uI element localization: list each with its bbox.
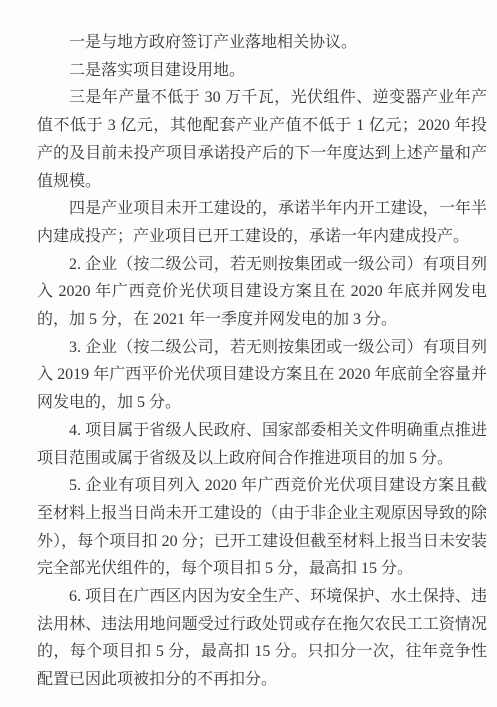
document-paragraph-item-2: 2. 企业（按二级公司，若无则按集团或一级公司）有项目列入 2020 年广西竞价… <box>37 251 487 334</box>
document-paragraph-item-5: 5. 企业有项目列入 2020 年广西竞价光伏项目建设方案且截至材料上报当日尚未… <box>37 472 487 583</box>
document-paragraph-item-3: 3. 企业（按二级公司，若无则按集团或一级公司）有项目列入 2019 年广西平价… <box>37 334 487 417</box>
document-paragraph-land: 二是落实项目建设用地。 <box>37 57 487 85</box>
document-paragraph-construction-commitment: 四是产业项目未开工建设的，承诺半年内开工建设，一年半内建成投产；产业项目已开工建… <box>37 195 487 250</box>
document-page: 一是与地方政府签订产业落地相关协议。 二是落实项目建设用地。 三是年产量不低于 … <box>0 0 497 707</box>
document-paragraph-agreement: 一是与地方政府签订产业落地相关协议。 <box>37 29 487 57</box>
document-paragraph-capacity: 三是年产量不低于 30 万千瓦，光伏组件、逆变器产业年产值不低于 3 亿元，其他… <box>37 84 487 195</box>
document-paragraph-item-6: 6. 项目在广西区内因为安全生产、环境保护、水土保持、违法用林、违法用地问题受过… <box>37 583 487 694</box>
document-paragraph-item-4: 4. 项目属于省级人民政府、国家部委相关文件明确重点推进项目范围或属于省级及以上… <box>37 417 487 472</box>
